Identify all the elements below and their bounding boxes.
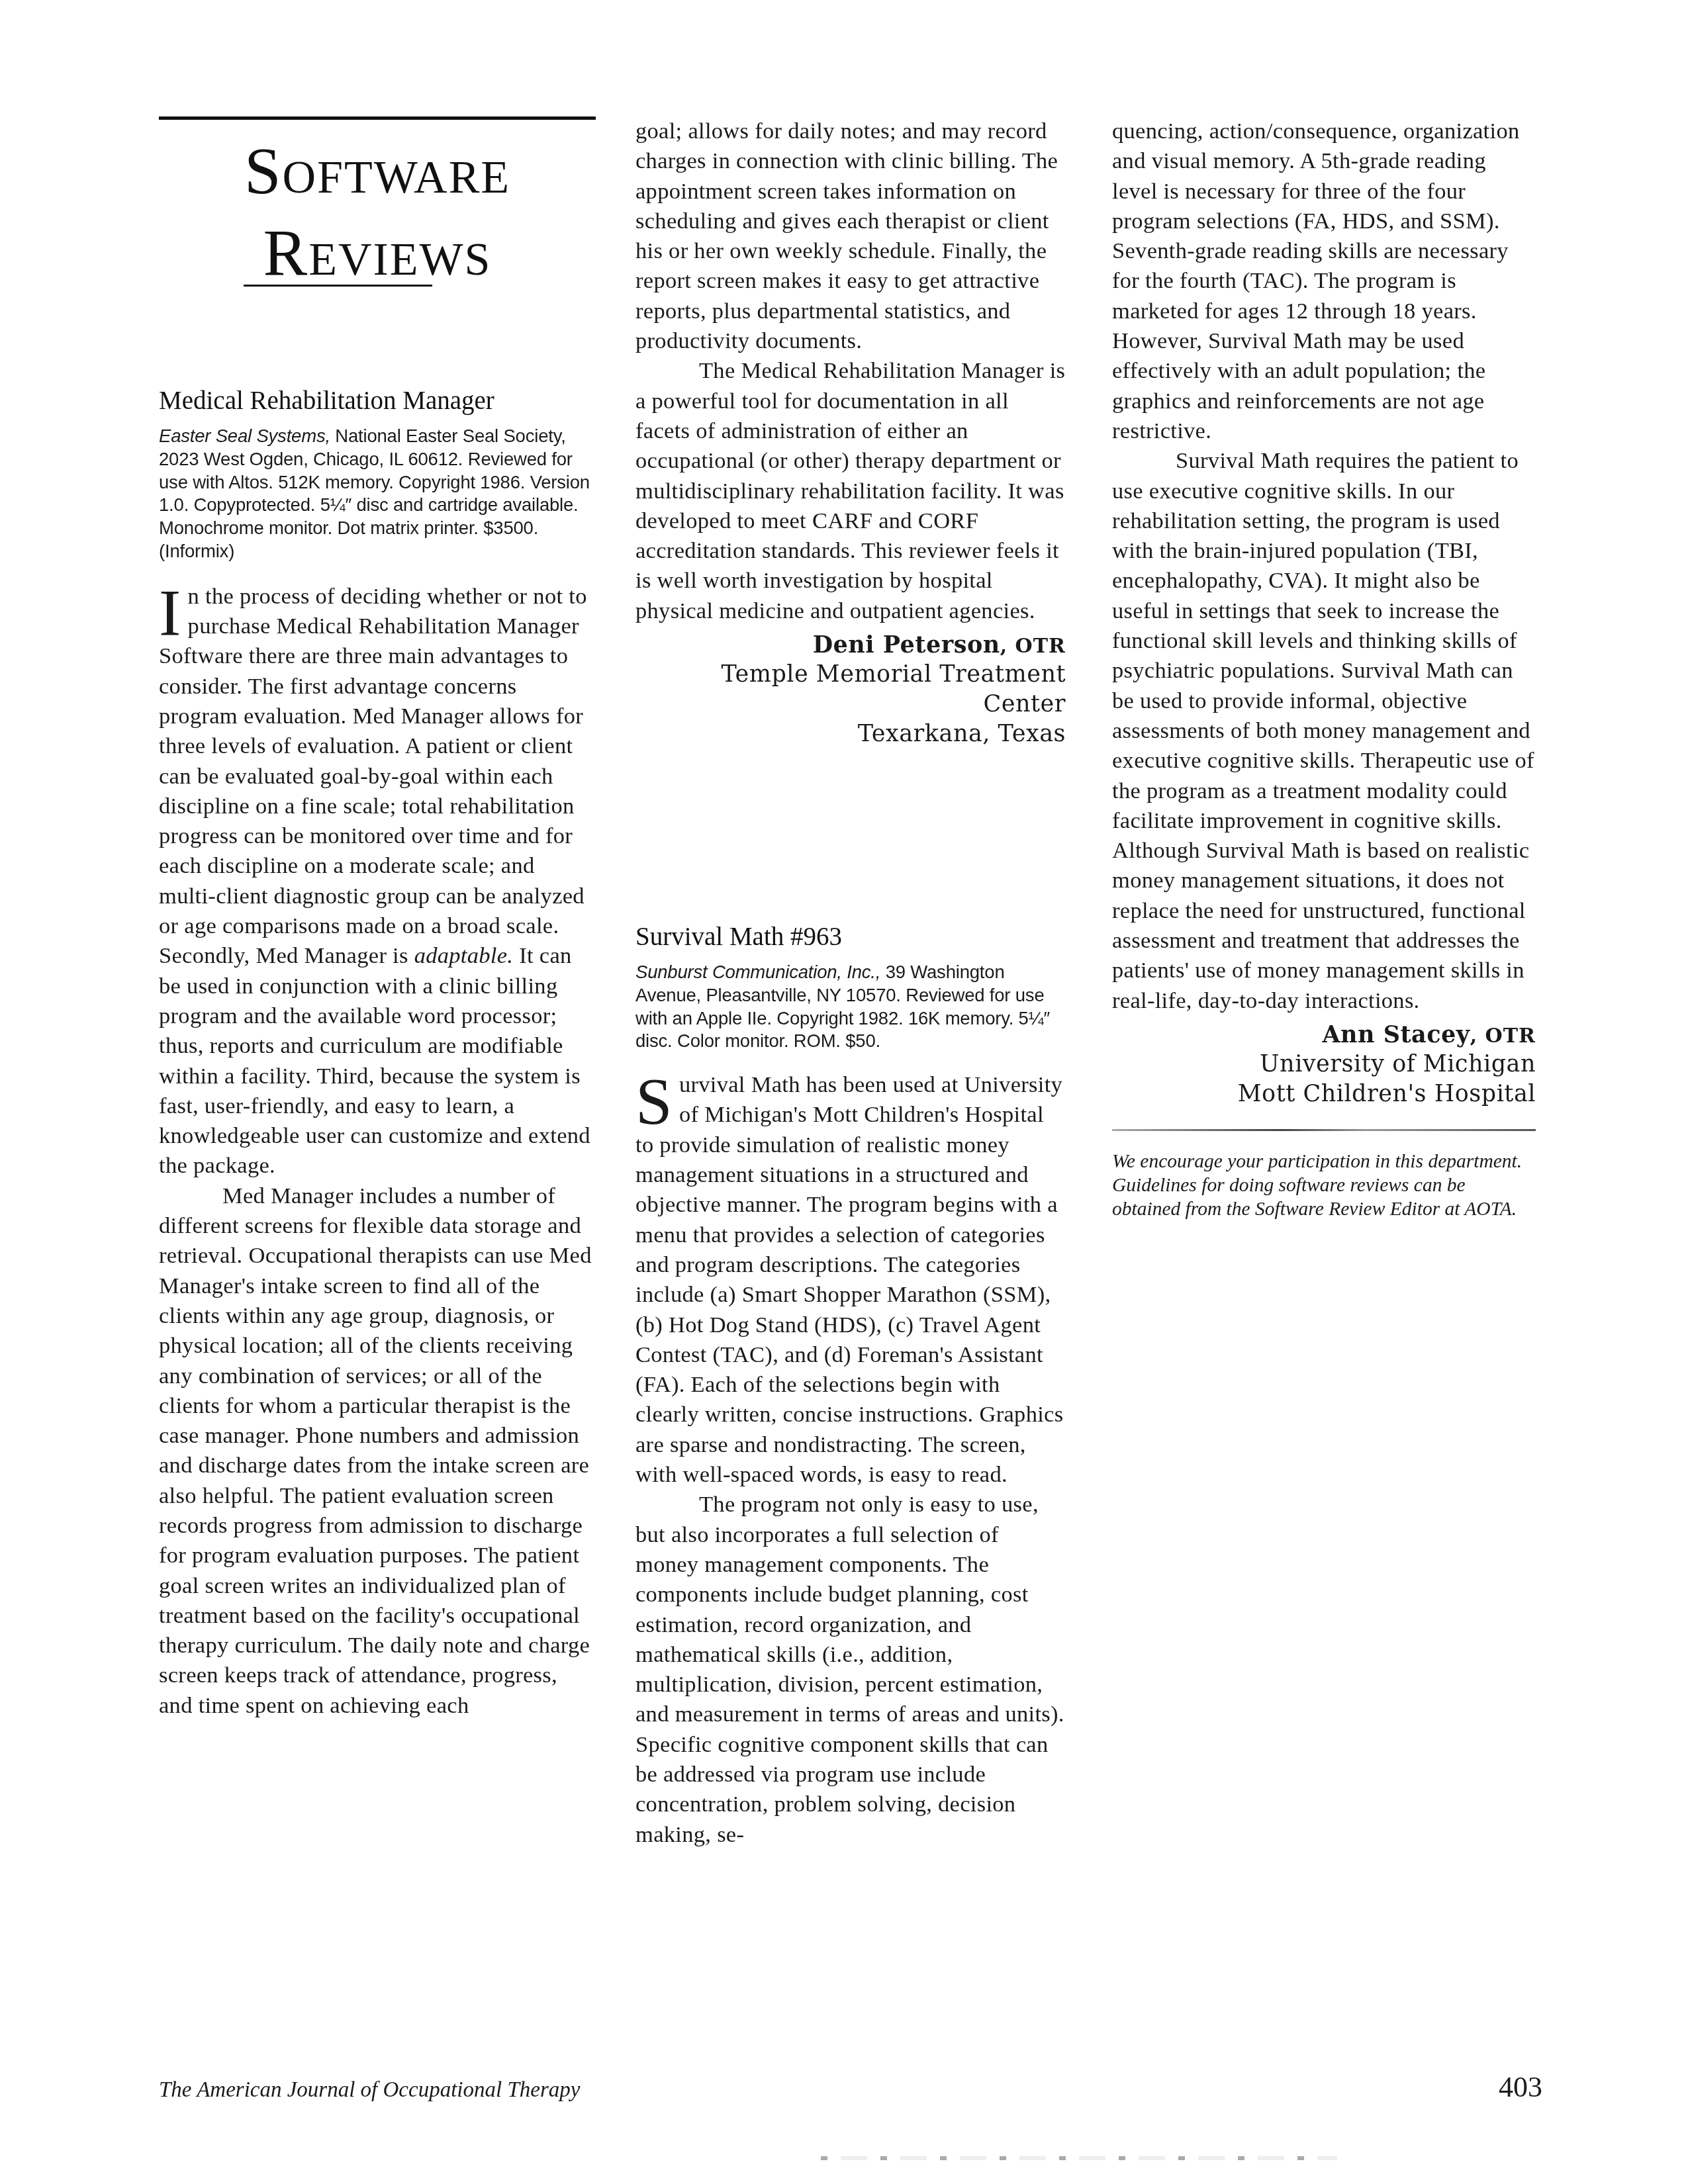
dropcap: I: [159, 586, 181, 640]
review-paragraph: goal; allows for daily notes; and may re…: [635, 116, 1066, 356]
department-title-line1: Software: [244, 134, 510, 207]
review-paragraph: Survival Math requires the patient to us…: [1112, 446, 1536, 1016]
review-product-info: Easter Seal Systems, National Easter Sea…: [159, 425, 596, 563]
reviewer-credential: , OTR: [1470, 1024, 1536, 1048]
editor-note: We encourage your participation in this …: [1112, 1150, 1536, 1221]
reviewer-credential: , OTR: [1000, 635, 1066, 658]
paragraph-text: It can be used in conjunction with a cli…: [159, 943, 590, 1178]
review-paragraph: Med Manager includes a number of differe…: [159, 1181, 596, 1721]
page-number: 403: [1483, 2070, 1542, 2104]
review-paragraph: Survival Math has been used at Universit…: [635, 1070, 1066, 1490]
publisher-name: Easter Seal Systems,: [159, 426, 330, 446]
paragraph-text: urvival Math has been used at University…: [635, 1072, 1063, 1487]
publisher-name: Sunburst Communication, Inc.,: [635, 962, 880, 982]
review-medical-rehab-continued: goal; allows for daily notes; and may re…: [635, 116, 1066, 749]
paragraph-text: n the process of deciding whether or not…: [159, 584, 587, 969]
review-product-info: Sunburst Communication, Inc., 39 Washing…: [635, 961, 1066, 1053]
review-signature: Deni Peterson, OTR Temple Memorial Treat…: [635, 630, 1066, 749]
scan-artifact: [821, 2156, 1337, 2160]
reviewer-name: Ann Stacey: [1322, 1021, 1470, 1048]
review-paragraph: In the process of deciding whether or no…: [159, 582, 596, 1181]
header-rule-bottom: [244, 285, 432, 287]
emphasis-text: adaptable.: [414, 943, 514, 968]
reviewer-location: Mott Children's Hospital: [1112, 1079, 1536, 1109]
footer-journal-title: The American Journal of Occupational The…: [159, 2078, 580, 2103]
review-paragraph: quencing, action/consequence, organizati…: [1112, 116, 1536, 446]
review-paragraph: The Medical Rehabilitation Manager is a …: [635, 356, 1066, 626]
review-signature: Ann Stacey, OTR University of Michigan M…: [1112, 1020, 1536, 1109]
review-title: Survival Math #963: [635, 921, 1066, 953]
dropcap: S: [635, 1074, 673, 1128]
department-title-line2: Reviews: [263, 216, 491, 289]
review-medical-rehab: Medical Rehabilitation Manager Easter Se…: [159, 385, 596, 1721]
department-title: Software Reviews: [159, 130, 596, 294]
reviewer-affiliation: University of Michigan: [1112, 1050, 1536, 1079]
reviewer-name: Deni Peterson: [813, 631, 1000, 659]
review-survival-math-continued: quencing, action/consequence, organizati…: [1112, 116, 1536, 1221]
review-survival-math: Survival Math #963 Sunburst Communicatio…: [635, 921, 1066, 1850]
reviewer-affiliation: Temple Memorial Treatment Center: [635, 660, 1066, 719]
review-title: Medical Rehabilitation Manager: [159, 385, 596, 417]
review-paragraph: The program not only is easy to use, but…: [635, 1490, 1066, 1850]
header-rule-top: [159, 116, 596, 120]
reviewer-location: Texarkana, Texas: [635, 719, 1066, 749]
editor-note-rule: [1112, 1129, 1536, 1131]
